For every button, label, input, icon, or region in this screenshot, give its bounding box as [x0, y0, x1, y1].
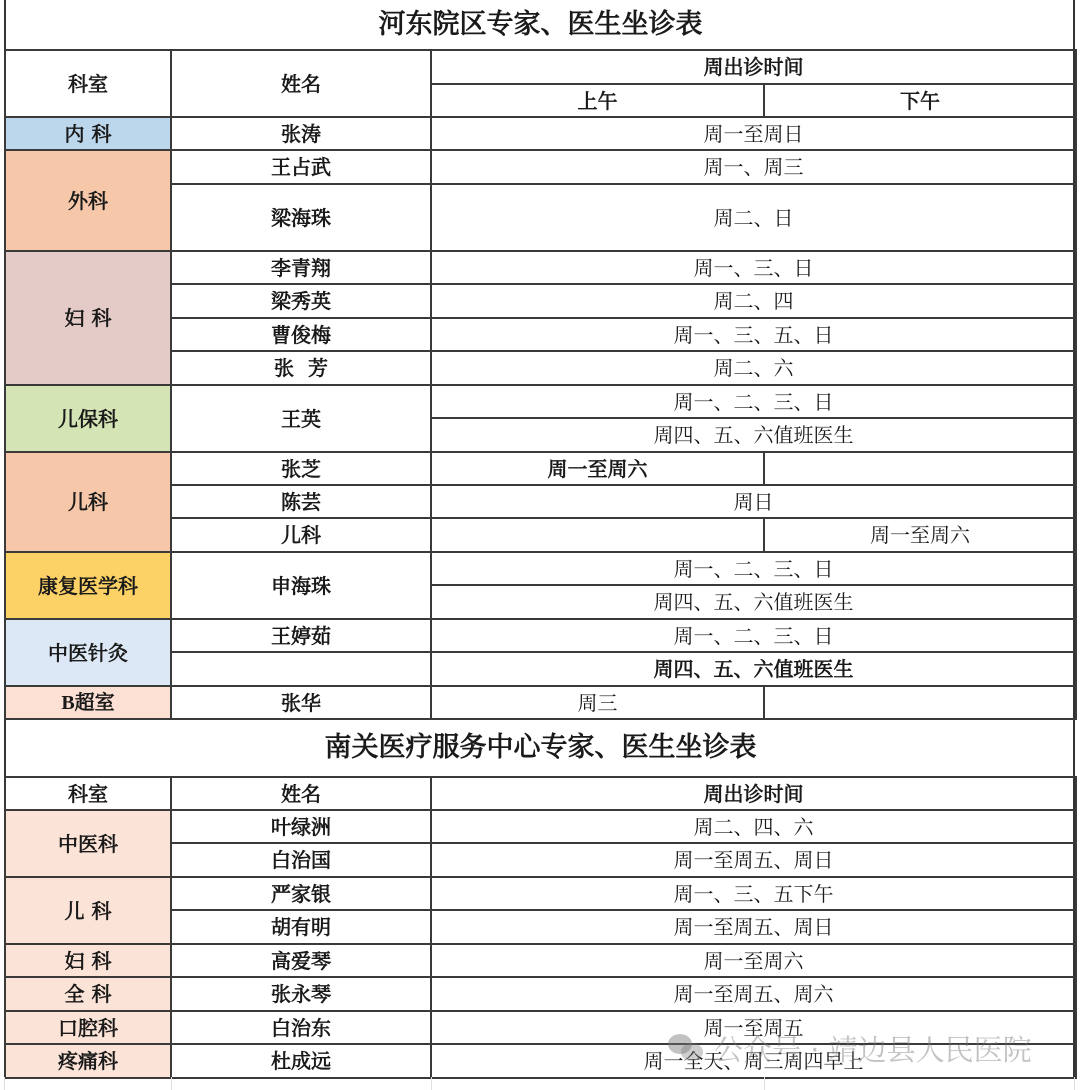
- header-afternoon: 下午: [764, 84, 1076, 117]
- dept-rehabilitation: 康复医学科: [5, 552, 171, 619]
- cropped-next-row: [4, 1077, 1075, 1090]
- doctor-schedule-morning: 周一至周六: [431, 452, 764, 485]
- doctor-schedule: 周一至周五、周日: [431, 910, 1076, 944]
- doctor-schedule: 周一、二、三、日: [431, 619, 1076, 652]
- doctor-schedule-afternoon: [764, 452, 1076, 485]
- doctor-schedule: 周一至周日: [431, 117, 1076, 150]
- header-morning: 上午: [431, 84, 764, 117]
- header-schedule: 周出诊时间: [431, 50, 1076, 84]
- doctor-schedule: 周一至周六: [431, 944, 1076, 977]
- doctor-name: 叶绿洲: [171, 810, 431, 843]
- doctor-schedule: 周一至周五、周六: [431, 977, 1076, 1011]
- dept-general: 全 科: [5, 977, 171, 1011]
- doctor-name: 白治国: [171, 843, 431, 877]
- header-department: 科室: [5, 50, 171, 117]
- doctor-schedule: 周一至周五: [431, 1011, 1076, 1044]
- doctor-name: 张华: [171, 686, 431, 719]
- doctor-name: 梁海珠: [171, 184, 431, 251]
- doctor-schedule: 周二、四、六: [431, 810, 1076, 843]
- doctor-name: 王占武: [171, 150, 431, 184]
- dept-tcm: 中医科: [5, 810, 171, 877]
- doctor-name: 王英: [171, 385, 431, 452]
- doctor-name: [171, 652, 431, 686]
- doctor-schedule: 周一至周五、周日: [431, 843, 1076, 877]
- doctor-name: 白治东: [171, 1011, 431, 1044]
- hedong-title: 河东院区专家、医生坐诊表: [5, 0, 1076, 50]
- dept-dental: 口腔科: [5, 1011, 171, 1044]
- doctor-name: 张芝: [171, 452, 431, 485]
- nanguan-schedule-table: 南关医疗服务中心专家、医生坐诊表 科室 姓名 周出诊时间 中医科 叶绿洲 周二、…: [4, 719, 1077, 1079]
- doctor-schedule-duty: 周四、五、六值班医生: [431, 418, 1076, 452]
- dept-pain: 疼痛科: [5, 1044, 171, 1078]
- dept-pediatrics: 儿 科: [5, 877, 171, 944]
- doctor-schedule-afternoon: 周一至周六: [764, 518, 1076, 552]
- dept-acupuncture: 中医针灸: [5, 619, 171, 686]
- doctor-schedule: 周一、三、五、日: [431, 318, 1076, 351]
- doctor-name: 陈芸: [171, 485, 431, 518]
- doctor-name: 张 芳: [171, 351, 431, 385]
- dept-ultrasound: B超室: [5, 686, 171, 719]
- dept-internal-medicine: 内 科: [5, 117, 171, 150]
- doctor-schedule: 周日: [431, 485, 1076, 518]
- header-schedule: 周出诊时间: [431, 777, 1076, 810]
- doctor-schedule-duty: 周四、五、六值班医生: [431, 652, 1076, 686]
- doctor-name: 梁秀英: [171, 284, 431, 318]
- doctor-schedule-morning: 周三: [431, 686, 764, 719]
- dept-pediatrics: 儿科: [5, 452, 171, 552]
- doctor-schedule: 周一、三、日: [431, 251, 1076, 284]
- doctor-name: 李青翔: [171, 251, 431, 284]
- doctor-name: 张涛: [171, 117, 431, 150]
- doctor-schedule: 周一、二、三、日: [431, 552, 1076, 585]
- header-name: 姓名: [171, 50, 431, 117]
- doctor-name: 王婷茹: [171, 619, 431, 652]
- doctor-name: 申海珠: [171, 552, 431, 619]
- dept-gynecology: 妇 科: [5, 251, 171, 385]
- doctor-name: 张永琴: [171, 977, 431, 1011]
- doctor-name: 严家银: [171, 877, 431, 910]
- doctor-schedule: 周一、周三: [431, 150, 1076, 184]
- header-name: 姓名: [171, 777, 431, 810]
- doctor-schedule: 周一、三、五下午: [431, 877, 1076, 910]
- doctor-schedule-morning: [431, 518, 764, 552]
- doctor-schedule: 周二、四: [431, 284, 1076, 318]
- nanguan-title: 南关医疗服务中心专家、医生坐诊表: [5, 719, 1076, 777]
- doctor-schedule: 周一全天、周三周四早上: [431, 1044, 1076, 1078]
- dept-gynecology: 妇 科: [5, 944, 171, 977]
- dept-surgery: 外科: [5, 150, 171, 251]
- doctor-schedule-afternoon: [764, 686, 1076, 719]
- dept-child-care: 儿保科: [5, 385, 171, 452]
- doctor-name: 高爱琴: [171, 944, 431, 977]
- hedong-schedule-table: 河东院区专家、医生坐诊表 科室 姓名 周出诊时间 上午 下午 内 科 张涛 周一…: [4, 0, 1077, 720]
- doctor-schedule: 周二、日: [431, 184, 1076, 251]
- doctor-schedule: 周一、二、三、日: [431, 385, 1076, 418]
- doctor-name: 杜成远: [171, 1044, 431, 1078]
- doctor-name: 曹俊梅: [171, 318, 431, 351]
- doctor-name: 胡有明: [171, 910, 431, 944]
- doctor-name: 儿科: [171, 518, 431, 552]
- doctor-schedule: 周二、六: [431, 351, 1076, 385]
- doctor-schedule-duty: 周四、五、六值班医生: [431, 585, 1076, 619]
- header-department: 科室: [5, 777, 171, 810]
